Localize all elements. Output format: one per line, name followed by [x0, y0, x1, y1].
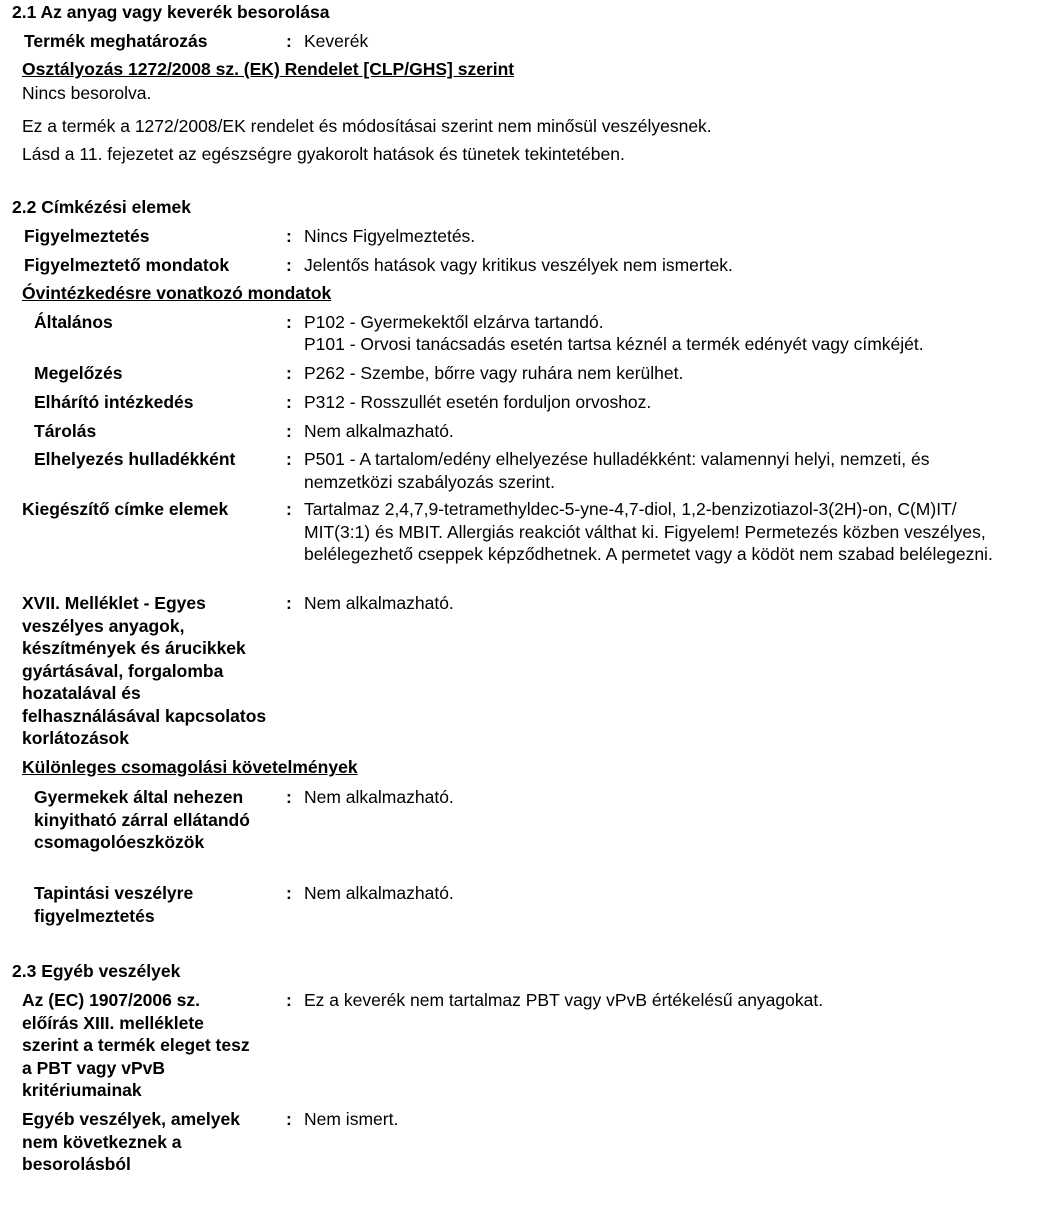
response-label: Elhárító intézkedés — [34, 392, 194, 413]
separator: : — [286, 255, 292, 276]
tactile-warning-label: Tapintási veszélyre figyelmeztetés — [34, 882, 274, 927]
separator: : — [286, 883, 292, 904]
separator: : — [286, 363, 292, 384]
separator: : — [286, 787, 292, 808]
general-p102: P102 - Gyermekektől elzárva tartandó. — [304, 311, 604, 334]
hazard-statements-value: Jelentős hatások vagy kritikus veszélyek… — [304, 255, 733, 276]
tactile-warning-value: Nem alkalmazható. — [304, 883, 454, 904]
separator: : — [286, 226, 292, 247]
disposal-value: P501 - A tartalom/edény elhelyezése hull… — [304, 448, 1004, 493]
hazard-statements-label: Figyelmeztető mondatok — [24, 255, 229, 276]
general-p101: P101 - Orvosi tanácsadás esetén tartsa k… — [304, 333, 924, 356]
annex-xvii-value: Nem alkalmazható. — [304, 593, 454, 614]
storage-label: Tárolás — [34, 421, 96, 442]
signal-word-label: Figyelmeztetés — [24, 226, 149, 247]
response-value: P312 - Rosszullét esetén forduljon orvos… — [304, 392, 651, 413]
pbt-value: Ez a keverék nem tartalmaz PBT vagy vPvB… — [304, 990, 823, 1011]
child-resistant-label: Gyermekek által nehezen kinyitható zárra… — [34, 786, 274, 854]
separator: : — [286, 499, 292, 520]
classification-note-2: Lásd a 11. fejezetet az egészségre gyako… — [22, 144, 625, 165]
prevention-value: P262 - Szembe, bőrre vagy ruhára nem ker… — [304, 363, 683, 384]
separator: : — [286, 593, 292, 614]
separator: : — [286, 421, 292, 442]
supplemental-value: Tartalmaz 2,4,7,9-tetramethyldec-5-yne-4… — [304, 498, 1024, 566]
disposal-label: Elhelyezés hulladékként — [34, 449, 235, 470]
child-resistant-value: Nem alkalmazható. — [304, 787, 454, 808]
separator: : — [286, 1109, 292, 1130]
product-definition-value: Keverék — [304, 31, 368, 52]
pbt-label: Az (EC) 1907/2006 sz. előírás XIII. mell… — [22, 989, 252, 1102]
separator: : — [286, 312, 292, 333]
prevention-label: Megelőzés — [34, 363, 123, 384]
general-label: Általános — [34, 312, 113, 333]
signal-word-value: Nincs Figyelmeztetés. — [304, 226, 475, 247]
product-definition-label: Termék meghatározás — [24, 31, 208, 52]
storage-value: Nem alkalmazható. — [304, 421, 454, 442]
precautionary-heading: Óvintézkedésre vonatkozó mondatok — [22, 283, 331, 304]
classification-note-1: Ez a termék a 1272/2008/EK rendelet és m… — [22, 116, 712, 137]
section-2-2-heading: 2.2 Címkézési elemek — [12, 197, 191, 218]
separator: : — [286, 392, 292, 413]
supplemental-label: Kiegészítő címke elemek — [22, 499, 228, 520]
separator: : — [286, 449, 292, 470]
separator: : — [286, 990, 292, 1011]
classification-heading: Osztályozás 1272/2008 sz. (EK) Rendelet … — [22, 59, 514, 80]
other-hazards-value: Nem ismert. — [304, 1109, 398, 1130]
section-2-3-heading: 2.3 Egyéb veszélyek — [12, 961, 180, 982]
not-classified-text: Nincs besorolva. — [22, 83, 151, 104]
section-2-1-heading: 2.1 Az anyag vagy keverék besorolása — [12, 2, 329, 23]
packaging-heading: Különleges csomagolási követelmények — [22, 757, 358, 778]
separator: : — [286, 31, 292, 52]
annex-xvii-label: XVII. Melléklet - Egyes veszélyes anyago… — [22, 592, 272, 750]
other-hazards-label: Egyéb veszélyek, amelyek nem következnek… — [22, 1108, 272, 1176]
